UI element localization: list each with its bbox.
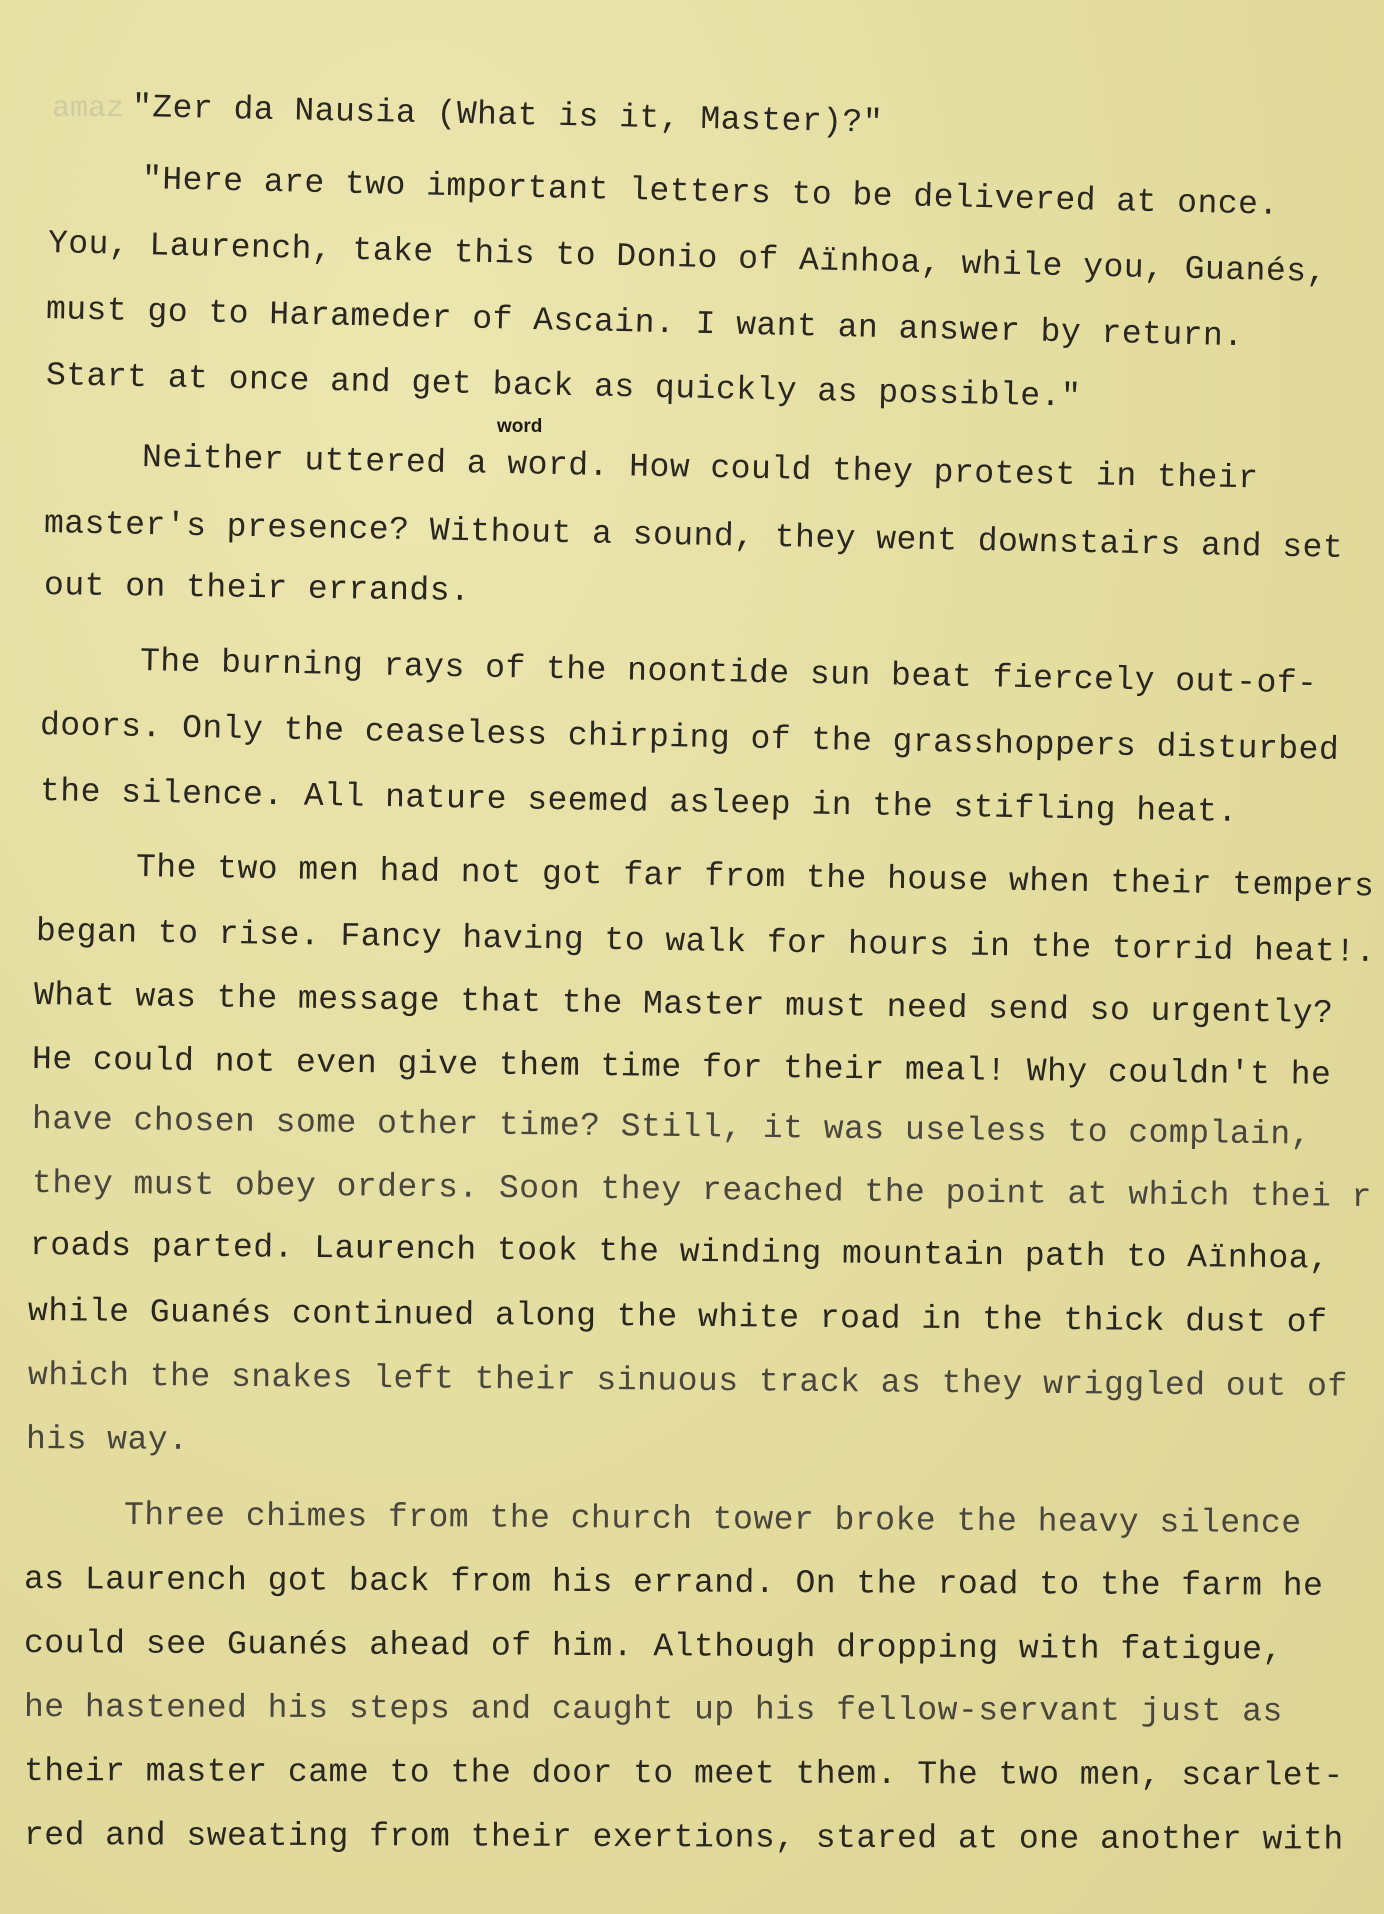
text-line-23: as Laurench got back from his errand. On… <box>24 1560 1324 1607</box>
text-line-26: their master came to the door to meet th… <box>24 1752 1344 1797</box>
text-line-27: red and sweating from their exertions, s… <box>24 1816 1344 1861</box>
text-line-14: What was the message that the Master mus… <box>34 976 1334 1034</box>
text-line-3: You, Laurench, take this to Donio of Aïn… <box>48 224 1328 293</box>
text-line-20: which the snakes left their sinuous trac… <box>28 1356 1348 1408</box>
text-line-8: out on their errands. <box>44 566 471 612</box>
text-line-17: they must obey orders. Soon they reached… <box>32 1164 1372 1218</box>
text-line-19: while Guanés continued along the white r… <box>28 1292 1328 1343</box>
text-line-10: doors. Only the ceaseless chirping of th… <box>40 706 1340 771</box>
text-line-4: must go to Harameder of Ascain. I want a… <box>46 290 1244 357</box>
text-line-24: could see Guanés ahead of him. Although … <box>24 1624 1283 1671</box>
show-through-text: amaz <box>52 92 124 126</box>
text-line-12: The two men had not got far from the hou… <box>136 848 1375 907</box>
text-line-7: master's presence? Without a sound, they… <box>44 504 1344 569</box>
text-line-9: The burning rays of the noontide sun bea… <box>140 642 1318 705</box>
typewritten-page: amaz "Zer da Nausia (What is it, Master)… <box>0 0 1384 1914</box>
text-line-22: Three chimes from the church tower broke… <box>124 1496 1302 1544</box>
handwritten-insertion: word <box>497 416 542 438</box>
text-line-15: He could not even give them time for the… <box>32 1040 1332 1096</box>
text-line-1: "Zer da Nausia (What is it, Master)?" <box>132 88 884 144</box>
text-line-18: roads parted. Laurench took the winding … <box>30 1226 1330 1280</box>
text-line-6: Neither uttered a word. How could they p… <box>142 438 1259 499</box>
text-line-25: he hastened his steps and caught up his … <box>24 1688 1283 1732</box>
text-line-16: have chosen some other time? Still, it w… <box>32 1100 1312 1156</box>
text-line-2: "Here are two important letters to be de… <box>142 160 1280 226</box>
text-line-21: his way. <box>26 1420 189 1461</box>
text-line-11: the silence. All nature seemed asleep in… <box>40 772 1238 833</box>
text-line-5: Start at once and get back as quickly as… <box>46 356 1082 418</box>
text-line-13: began to rise. Fancy having to walk for … <box>36 912 1376 973</box>
